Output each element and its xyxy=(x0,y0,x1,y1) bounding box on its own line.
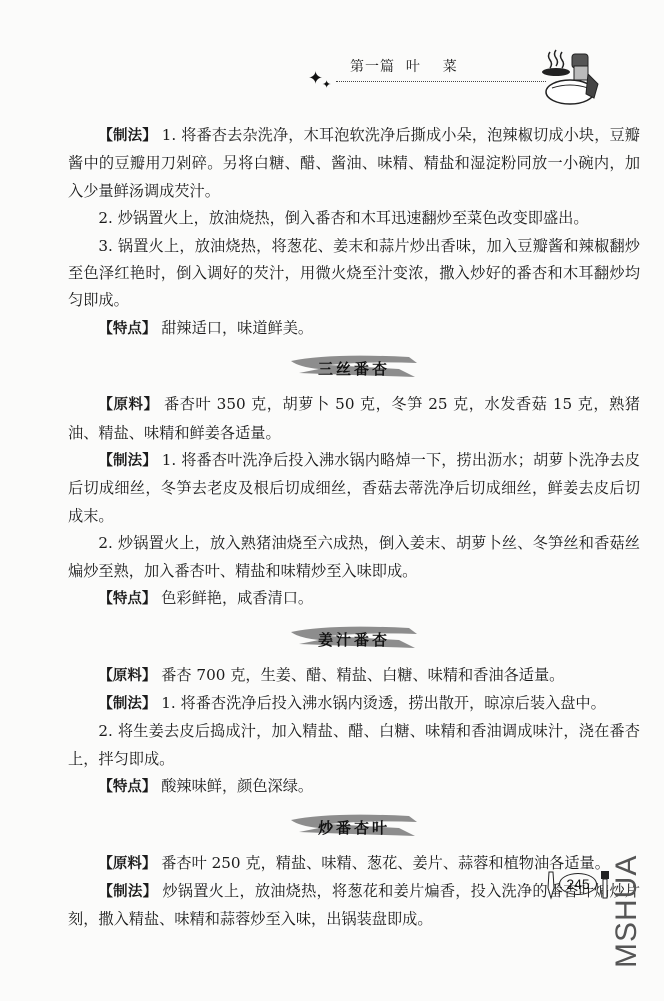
chapter-title: 第一篇 叶 菜 xyxy=(350,56,458,76)
watermark: MSHUA xyxy=(610,855,644,968)
page-number: 245 xyxy=(559,873,597,895)
ingredients-paragraph: 【原料】 番杏 700 克，生姜、醋、精盐、白糖、味精和香油各适量。 xyxy=(68,662,640,690)
ingredients-paragraph: 【原料】 番杏叶 350 克，胡萝卜 50 克，冬笋 25 克，水发香菇 15 … xyxy=(68,391,640,447)
method-paragraph: 【制法】 1. 将番杏去杂洗净，木耳泡软洗净后撕成小朵，泡辣椒切成小块，豆瓣酱中… xyxy=(68,122,640,205)
sparkle-icon: ✦ xyxy=(308,70,323,88)
method-step: 2. 炒锅置火上，放油烧热，倒入番杏和木耳迅速翻炒至菜色改变即盛出。 xyxy=(68,205,640,232)
header-dotted-rule xyxy=(336,81,546,82)
method-step: 2. 炒锅置火上，放入熟猪油烧至六成热，倒入姜末、胡萝卜丝、冬笋丝和香菇丝煸炒至… xyxy=(68,530,640,585)
method-paragraph: 【制法】 1. 将番杏洗净后投入沸水锅内烫透，捞出散开，晾凉后装入盘中。 xyxy=(68,690,640,718)
method-step: 3. 锅置火上，放油烧热，将葱花、姜末和蒜片炒出香味，加入豆瓣酱和辣椒翻炒至色泽… xyxy=(68,233,640,315)
chef-illustration-icon xyxy=(540,48,602,108)
recipe-title: 炒番杏叶 xyxy=(318,815,390,842)
sparkle-icon: ✦ xyxy=(322,79,331,90)
recipe-heading: 炒番杏叶 xyxy=(68,804,640,850)
feature-paragraph: 【特点】 酸辣味鲜，颜色深绿。 xyxy=(68,773,640,801)
recipe-heading: 三丝番杏 xyxy=(68,345,640,391)
page-body: 【制法】 1. 将番杏去杂洗净，木耳泡软洗净后撕成小朵，泡辣椒切成小块，豆瓣酱中… xyxy=(68,122,640,934)
recipe-title: 三丝番杏 xyxy=(318,356,390,383)
page-header: ✦ ✦ 第一篇 叶 菜 xyxy=(300,48,660,118)
recipe-title: 姜汁番杏 xyxy=(318,627,390,654)
knife-icon xyxy=(545,870,557,900)
page-number-badge: 245 xyxy=(545,870,615,900)
method-paragraph: 【制法】 1. 将番杏叶洗净后投入沸水锅内略焯一下，捞出沥水；胡萝卜洗净去皮后切… xyxy=(68,447,640,530)
recipe-heading: 姜汁番杏 xyxy=(68,616,640,662)
method-step: 2. 将生姜去皮后捣成汁，加入精盐、醋、白糖、味精和香油调成味汁，浇在番杏上，拌… xyxy=(68,718,640,773)
feature-paragraph: 【特点】 色彩鲜艳，咸香清口。 xyxy=(68,585,640,613)
feature-paragraph: 【特点】 甜辣适口，味道鲜美。 xyxy=(68,315,640,343)
